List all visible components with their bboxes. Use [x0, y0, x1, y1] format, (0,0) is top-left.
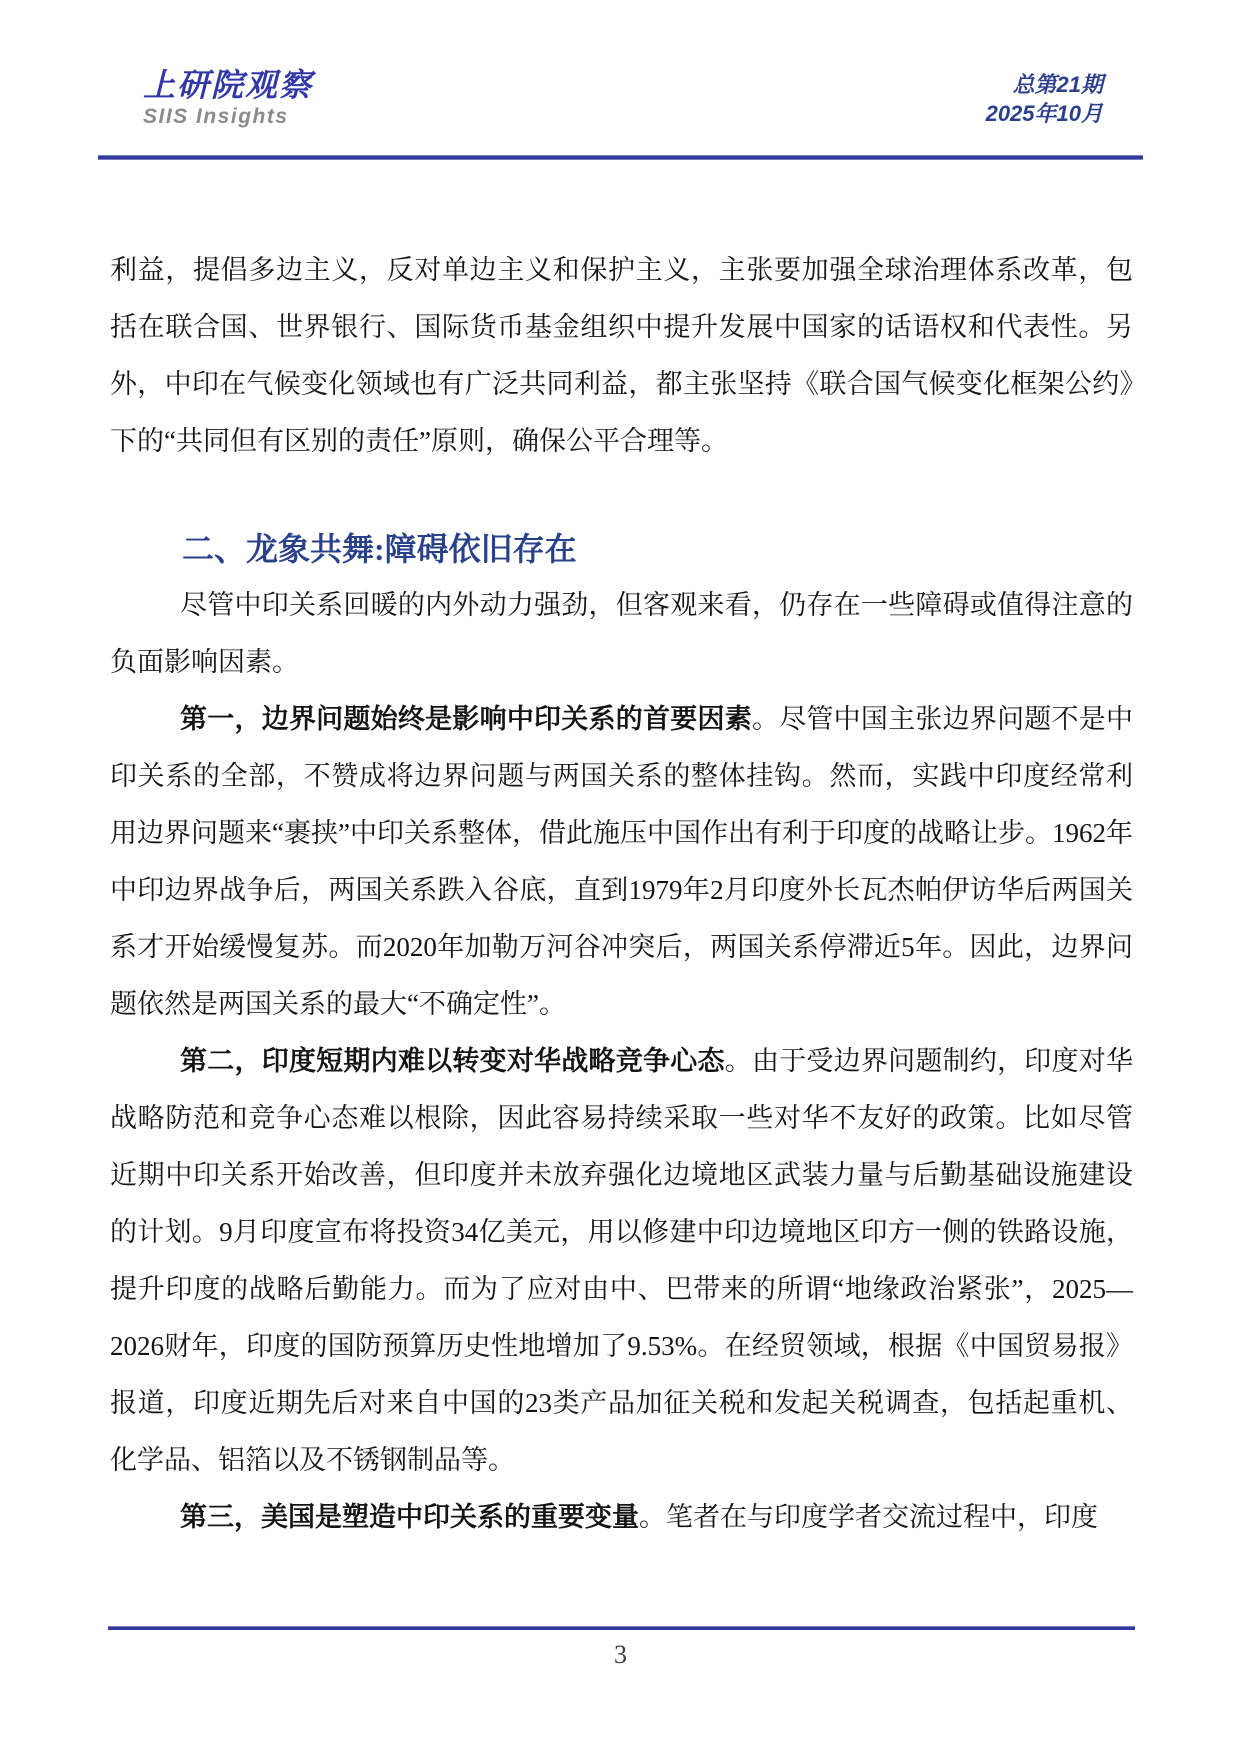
page-header: 上研院观察 SIIS Insights 总第21期 2025年10月 [143, 68, 1103, 129]
logo-chinese-title: 上研院观察 [143, 68, 313, 102]
footer-divider-rule [108, 1626, 1135, 1630]
paragraph-second-point: 第二，印度短期内难以转变对华战略竞争心态。由于受边界问题制约，印度对华战略防范和… [110, 1033, 1133, 1489]
issue-info-block: 总第21期 2025年10月 [986, 68, 1103, 128]
paragraph-continuation: 利益，提倡多边主义，反对单边主义和保护主义，主张要加强全球治理体系改革，包括在联… [110, 242, 1133, 470]
section-heading: 二、龙象共舞:障碍依旧存在 [110, 527, 1133, 571]
issue-date: 2025年10月 [986, 99, 1103, 128]
paragraph: 尽管中印关系回暖的内外动力强劲，但客观来看，仍存在一些障碍或值得注意的负面影响因… [110, 577, 1133, 691]
logo-block: 上研院观察 SIIS Insights [143, 68, 313, 129]
logo-english-subtitle: SIIS Insights [143, 105, 313, 129]
point-text: 。尽管中国主张边界问题不是中印关系的全部，不赞成将边界问题与两国关系的整体挂钩。… [110, 704, 1133, 1019]
issue-number: 总第21期 [986, 70, 1103, 99]
point-text: 。由于受边界问题制约，印度对华战略防范和竞争心态难以根除，因此容易持续采取一些对… [110, 1046, 1133, 1475]
point-lead-bold: 第二，印度短期内难以转变对华战略竞争心态 [180, 1046, 725, 1076]
page-number: 3 [0, 1640, 1241, 1670]
point-lead-bold: 第三，美国是塑造中印关系的重要变量 [180, 1502, 639, 1532]
document-body: 利益，提倡多边主义，反对单边主义和保护主义，主张要加强全球治理体系改革，包括在联… [110, 242, 1133, 1546]
document-page: 上研院观察 SIIS Insights 总第21期 2025年10月 利益，提倡… [0, 0, 1241, 1754]
paragraph-first-point: 第一，边界问题始终是影响中印关系的首要因素。尽管中国主张边界问题不是中印关系的全… [110, 691, 1133, 1033]
point-text: 。笔者在与印度学者交流过程中，印度 [639, 1502, 1098, 1532]
header-divider-rule [98, 155, 1143, 160]
paragraph-third-point: 第三，美国是塑造中印关系的重要变量。笔者在与印度学者交流过程中，印度 [110, 1489, 1133, 1546]
point-lead-bold: 第一，边界问题始终是影响中印关系的首要因素 [180, 704, 752, 734]
